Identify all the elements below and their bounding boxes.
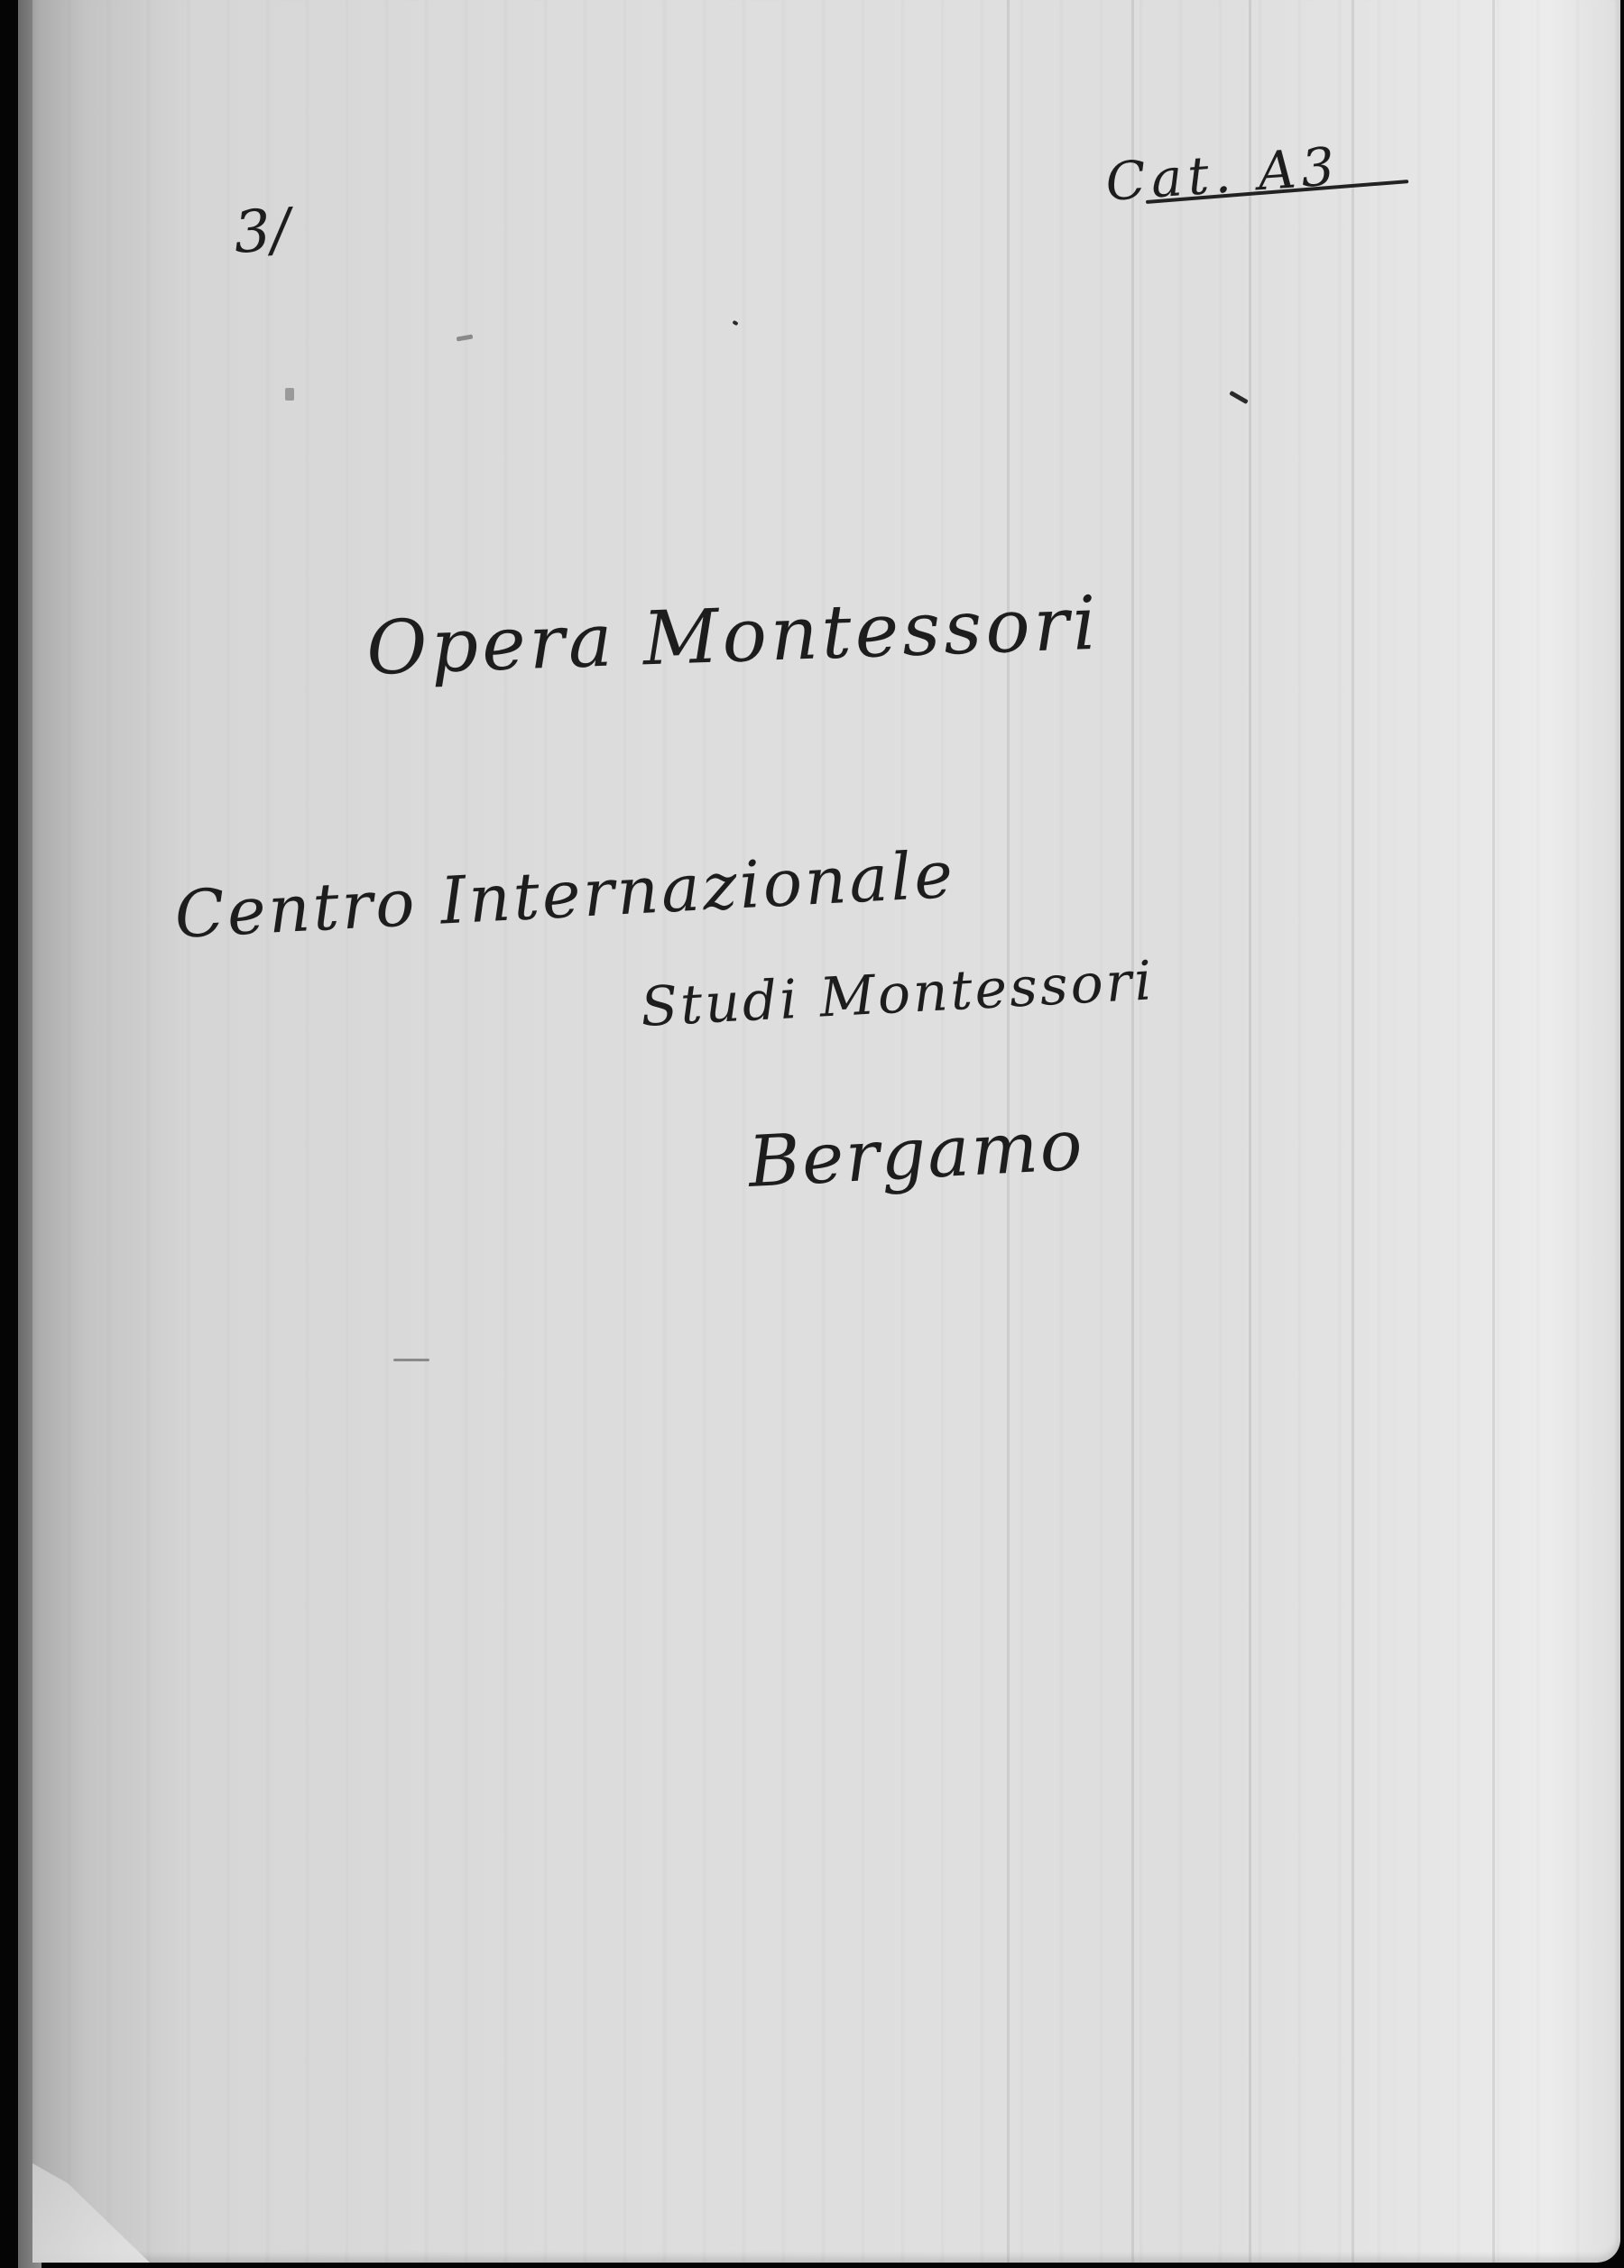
torn-corner — [32, 2163, 150, 2263]
ink-speck — [732, 320, 738, 326]
paper-crease — [1249, 0, 1251, 2263]
paper-mark — [393, 1359, 429, 1361]
paper-crease — [1352, 0, 1354, 2263]
paper-crease — [1131, 0, 1134, 2263]
smudge — [285, 388, 294, 401]
smudge — [457, 334, 474, 341]
file-number: 3/ — [232, 197, 292, 267]
paper-crease — [1492, 0, 1495, 2263]
ink-speck — [1229, 391, 1249, 404]
